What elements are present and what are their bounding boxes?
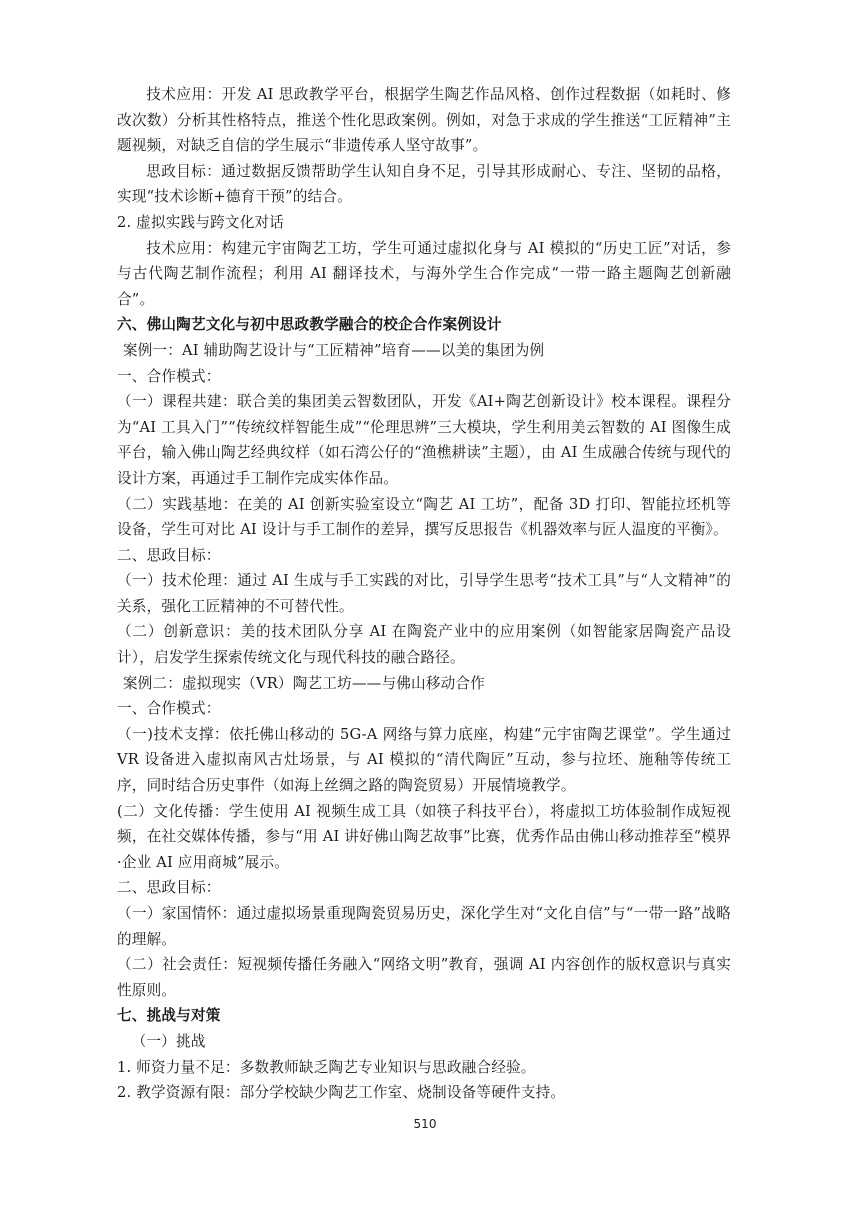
case-one-innovation: （二）创新意识：美的技术团队分享 AI 在陶瓷产业中的应用案例（如智能家居陶瓷产… [117,619,731,670]
paragraph-tech-application-1: 技术应用：开发 AI 思政教学平台，根据学生陶艺作品风格、创作过程数据（如耗时、… [117,82,731,159]
page-number: 510 [0,1117,850,1131]
section-heading-seven: 七、挑战与对策 [117,1003,731,1029]
case-two-social-responsibility: （二）社会责任：短视频传播任务融入“网络文明”教育，强调 AI 内容创作的版权意… [117,952,731,1003]
case-one-course-building: （一）课程共建：联合美的集团美云智数团队，开发《AI+陶艺创新设计》校本课程。课… [117,389,731,491]
paragraph-tech-application-2: 技术应用：构建元宇宙陶艺工坊，学生可通过虚拟化身与 AI 模拟的“历史工匠”对话… [117,236,731,313]
case-one-tech-ethics: （一）技术伦理：通过 AI 生成与手工实践的对比，引导学生思考“技术工具”与“人… [117,568,731,619]
case-two-tech-support: （一)技术支撑：依托佛山移动的 5G-A 网络与算力底座，构建“元宇宙陶艺课堂”… [117,722,731,799]
case-one-ideology-goal-label: 二、思政目标： [117,543,731,569]
case-one-practice-base: （二）实践基地：在美的 AI 创新实验室设立“陶艺 AI 工坊”，配备 3D 打… [117,492,731,543]
case-one-title: 案例一：AI 辅助陶艺设计与“工匠精神”培育——以美的集团为例 [117,338,731,364]
case-two-ideology-goal-label: 二、思政目标： [117,875,731,901]
case-two-culture-spread: (二）文化传播：学生使用 AI 视频生成工具（如筷子科技平台），将虚拟工坊体验制… [117,799,731,876]
case-one-cooperation-mode-label: 一、合作模式： [117,364,731,390]
section-heading-six: 六、佛山陶艺文化与初中思政教学融合的校企合作案例设计 [117,312,731,338]
challenge-item-1: 1. 师资力量不足：多数教师缺乏陶艺专业知识与思政融合经验。 [117,1055,731,1081]
case-two-title: 案例二：虚拟现实（VR）陶艺工坊——与佛山移动合作 [117,671,731,697]
challenge-item-2: 2. 教学资源有限：部分学校缺少陶艺工作室、烧制设备等硬件支持。 [117,1080,731,1106]
paragraph-ideology-goal-1: 思政目标：通过数据反馈帮助学生认知自身不足，引导其形成耐心、专注、坚韧的品格，实… [117,159,731,210]
document-page: 技术应用：开发 AI 思政教学平台，根据学生陶艺作品风格、创作过程数据（如耗时、… [117,82,731,1106]
challenges-subheading: （一）挑战 [117,1029,731,1055]
case-two-patriotism: （一）家国情怀：通过虚拟场景重现陶瓷贸易历史，深化学生对“文化自信”与“一带一路… [117,901,731,952]
case-two-cooperation-mode-label: 一、合作模式： [117,696,731,722]
subsection-title-virtual-practice: 2. 虚拟实践与跨文化对话 [117,210,731,236]
